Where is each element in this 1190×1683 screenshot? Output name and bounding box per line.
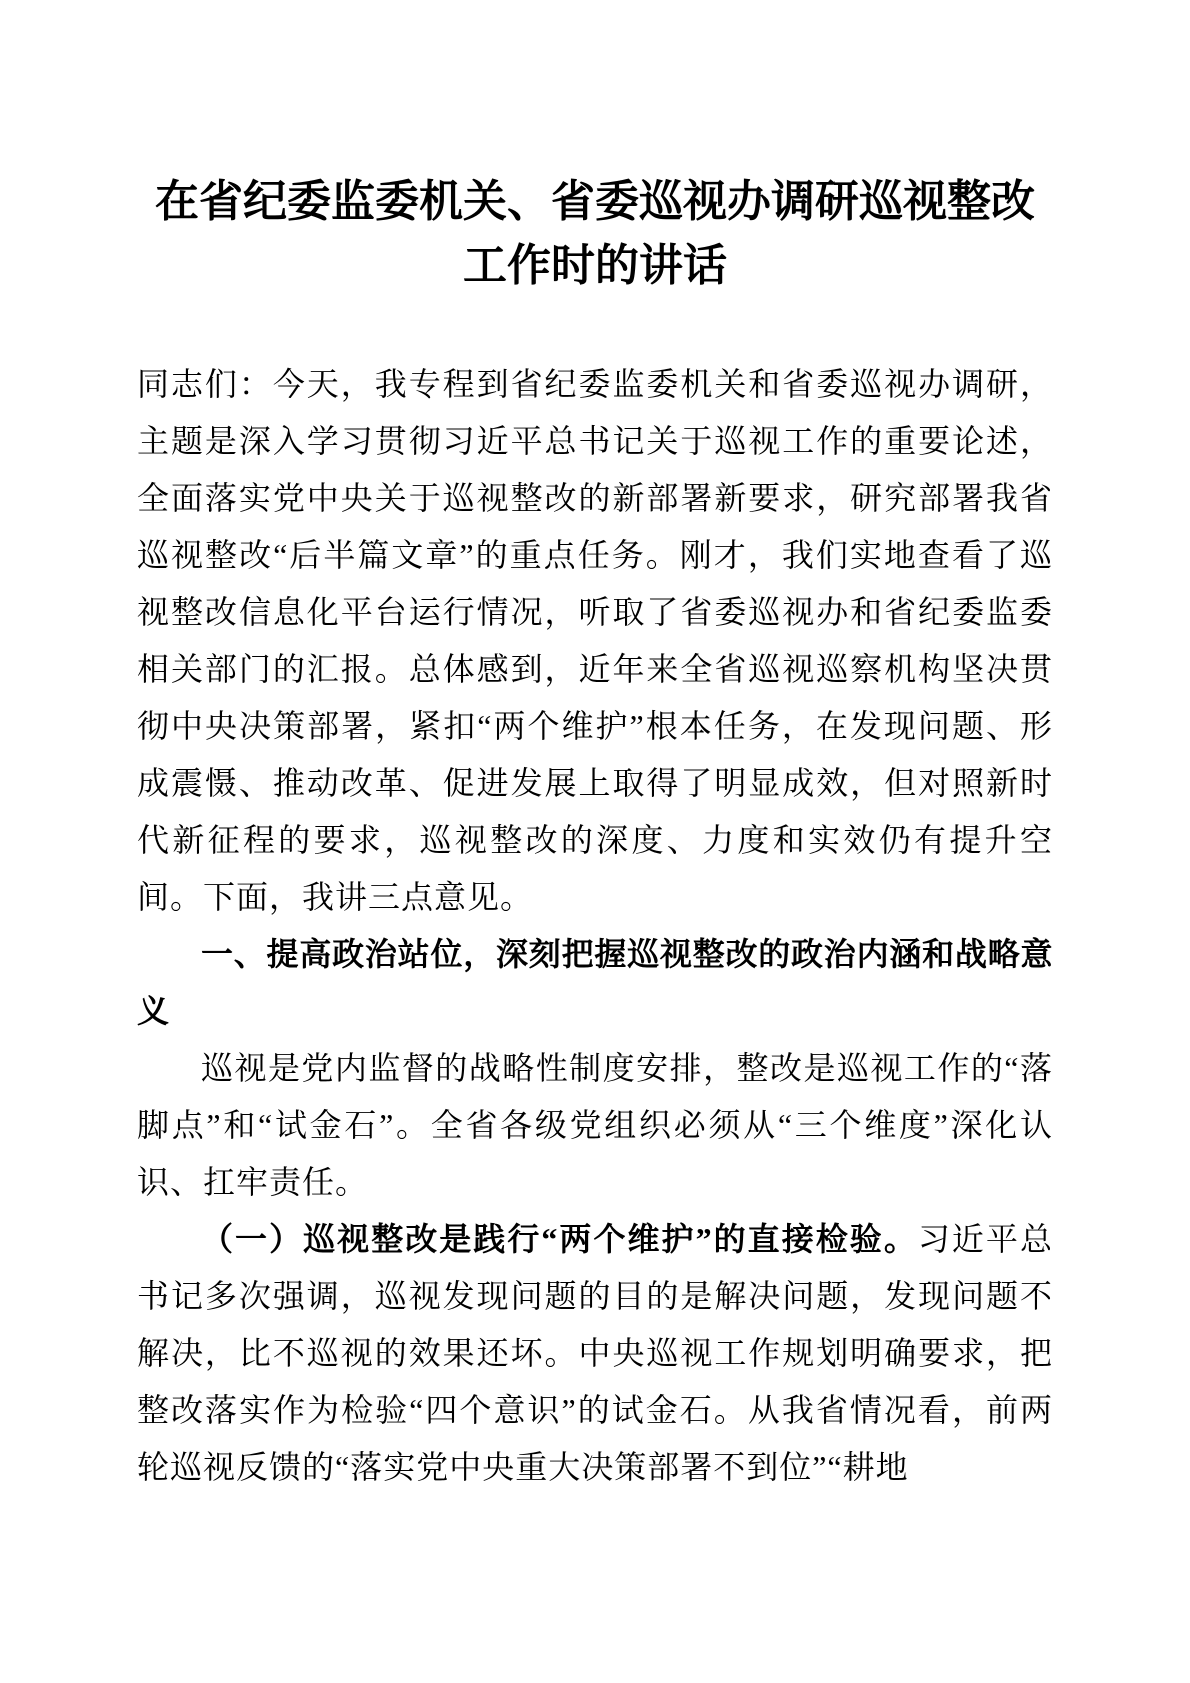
document-title: 在省纪委监委机关、省委巡视办调研巡视整改工作时的讲话: [137, 170, 1053, 298]
paragraph-section-1-overview: 巡视是党内监督的战略性制度安排，整改是巡视工作的“落脚点”和“试金石”。全省各级…: [137, 1040, 1053, 1211]
document-page: 在省纪委监委机关、省委巡视办调研巡视整改工作时的讲话 同志们：今天，我专程到省纪…: [0, 0, 1190, 1683]
paragraph-item-1: （一）巡视整改是践行“两个维护”的直接检验。习近平总书记多次强调，巡视发现问题的…: [137, 1211, 1053, 1496]
item-1-lead-sentence: （一）巡视整改是践行“两个维护”的直接检验。: [201, 1221, 918, 1257]
paragraph-intro: 同志们：今天，我专程到省纪委监委机关和省委巡视办调研，主题是深入学习贯彻习近平总…: [137, 356, 1053, 926]
document-body: 同志们：今天，我专程到省纪委监委机关和省委巡视办调研，主题是深入学习贯彻习近平总…: [137, 356, 1053, 1496]
section-1-heading: 一、提高政治站位，深刻把握巡视整改的政治内涵和战略意义: [137, 926, 1053, 1040]
item-1-body-text: 习近平总书记多次强调，巡视发现问题的目的是解决问题，发现问题不解决，比不巡视的效…: [137, 1221, 1053, 1485]
